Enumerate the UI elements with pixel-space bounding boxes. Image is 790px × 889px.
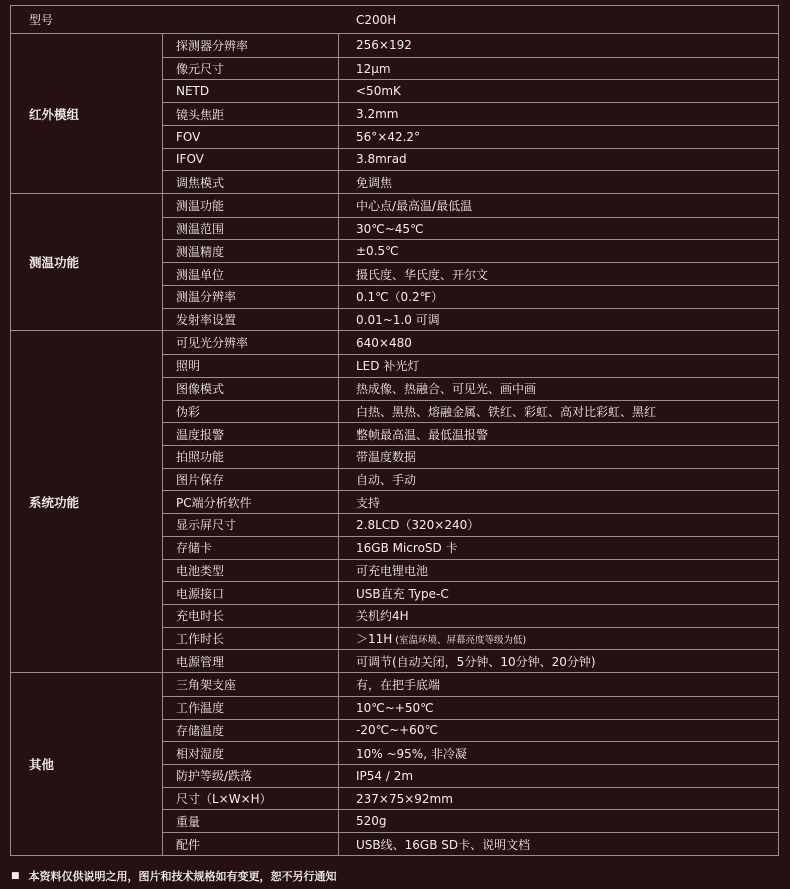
spec-value: 10℃~+50℃ bbox=[339, 697, 778, 719]
spec-value-text: -20℃~+60℃ bbox=[356, 723, 438, 737]
spec-value-text: USB线、16GB SD卡、说明文档 bbox=[356, 836, 530, 853]
spec-row: 可见光分辨率640×480 bbox=[163, 331, 778, 354]
spec-value-text: 2.8LCD（320×240） bbox=[356, 516, 479, 533]
spec-value-text: 整帧最高温、最低温报警 bbox=[356, 426, 488, 443]
spec-value-text: IP54 / 2m bbox=[356, 769, 413, 783]
spec-value: USB直充 Type-C bbox=[339, 582, 778, 604]
spec-value-text: 中心点/最高温/最低温 bbox=[356, 197, 472, 214]
spec-label: PC端分析软件 bbox=[163, 491, 339, 513]
section-name: 系统功能 bbox=[11, 331, 163, 672]
spec-value-text: 640×480 bbox=[356, 336, 412, 350]
spec-value-text: 有，在把手底端 bbox=[356, 676, 440, 693]
spec-row: 调焦模式免调焦 bbox=[163, 170, 778, 193]
spec-row: PC端分析软件支持 bbox=[163, 490, 778, 513]
spec-label: NETD bbox=[163, 80, 339, 102]
spec-label: 防护等级/跌落 bbox=[163, 765, 339, 787]
spec-row: 显示屏尺寸2.8LCD（320×240） bbox=[163, 513, 778, 536]
spec-label: 重量 bbox=[163, 810, 339, 832]
spec-label: 电源管理 bbox=[163, 650, 339, 672]
spec-label: 尺寸（L×W×H） bbox=[163, 788, 339, 810]
spec-row: 照明LED 补光灯 bbox=[163, 354, 778, 377]
spec-row: 探测器分辨率256×192 bbox=[163, 34, 778, 57]
spec-label: 调焦模式 bbox=[163, 171, 339, 193]
spec-value: 中心点/最高温/最低温 bbox=[339, 194, 778, 217]
section-name: 其他 bbox=[11, 673, 163, 855]
spec-value-text: 摄氏度、华氏度、开尔文 bbox=[356, 266, 488, 283]
spec-value: 整帧最高温、最低温报警 bbox=[339, 423, 778, 445]
square-bullet-icon: ■ bbox=[11, 872, 20, 881]
spec-row: 配件USB线、16GB SD卡、说明文档 bbox=[163, 832, 778, 855]
spec-label: 相对湿度 bbox=[163, 742, 339, 764]
spec-value-text: <50mK bbox=[356, 84, 401, 98]
spec-value: USB线、16GB SD卡、说明文档 bbox=[339, 833, 778, 855]
spec-label: 探测器分辨率 bbox=[163, 34, 339, 57]
spec-row: 电池类型可充电锂电池 bbox=[163, 559, 778, 582]
spec-label: 图片保存 bbox=[163, 469, 339, 491]
spec-value: -20℃~+60℃ bbox=[339, 720, 778, 742]
spec-row: 图片保存自动、手动 bbox=[163, 468, 778, 491]
spec-value: 16GB MicroSD 卡 bbox=[339, 537, 778, 559]
spec-value-text: 30℃~45℃ bbox=[356, 222, 424, 236]
model-value: C200H bbox=[339, 13, 778, 27]
footnote-text: 本资料仅供说明之用，图片和技术规格如有变更，恕不另行通知 bbox=[29, 868, 337, 884]
spec-row: 发射率设置0.01~1.0 可调 bbox=[163, 308, 778, 331]
spec-value: <50mK bbox=[339, 80, 778, 102]
spec-value: 0.1℃（0.2℉） bbox=[339, 286, 778, 308]
section-row: 系统功能可见光分辨率640×480照明LED 补光灯图像模式热成像、热融合、可见… bbox=[11, 330, 778, 672]
spec-row: 测温范围30℃~45℃ bbox=[163, 217, 778, 240]
spec-value: 256×192 bbox=[339, 34, 778, 57]
spec-value: IP54 / 2m bbox=[339, 765, 778, 787]
spec-value: 520g bbox=[339, 810, 778, 832]
spec-value: 免调焦 bbox=[339, 171, 778, 193]
spec-row: 测温功能中心点/最高温/最低温 bbox=[163, 194, 778, 217]
spec-value-text: ＞11H bbox=[356, 630, 392, 647]
spec-row: FOV56°×42.2° bbox=[163, 125, 778, 148]
spec-value: 关机约4H bbox=[339, 605, 778, 627]
spec-label: 存储温度 bbox=[163, 720, 339, 742]
spec-row: 充电时长关机约4H bbox=[163, 604, 778, 627]
spec-row: 伪彩白热、黑热、熔融金属、铁红、彩虹、高对比彩虹、黑红 bbox=[163, 400, 778, 423]
spec-value-text: 237×75×92mm bbox=[356, 792, 453, 806]
spec-label: FOV bbox=[163, 126, 339, 148]
spec-value: 自动、手动 bbox=[339, 469, 778, 491]
spec-value-text: 可充电锂电池 bbox=[356, 562, 428, 579]
spec-label: 伪彩 bbox=[163, 401, 339, 423]
section-row: 测温功能测温功能中心点/最高温/最低温测温范围30℃~45℃测温精度±0.5℃测… bbox=[11, 193, 778, 330]
spec-row: 相对湿度10% ~95%, 非冷凝 bbox=[163, 741, 778, 764]
spec-value: ±0.5℃ bbox=[339, 240, 778, 262]
spec-label: 图像模式 bbox=[163, 378, 339, 400]
spec-value: 摄氏度、华氏度、开尔文 bbox=[339, 263, 778, 285]
spec-label: 测温分辨率 bbox=[163, 286, 339, 308]
spec-label: 工作温度 bbox=[163, 697, 339, 719]
spec-row: 尺寸（L×W×H）237×75×92mm bbox=[163, 787, 778, 810]
spec-value-text: 56°×42.2° bbox=[356, 130, 420, 144]
spec-value-text: 3.2mm bbox=[356, 107, 398, 121]
spec-value-text: 0.01~1.0 可调 bbox=[356, 311, 440, 328]
spec-value: 3.8mrad bbox=[339, 149, 778, 171]
spec-row: 图像模式热成像、热融合、可见光、画中画 bbox=[163, 377, 778, 400]
spec-value: 可调节(自动关闭，5分钟、10分钟、20分钟) bbox=[339, 650, 778, 672]
spec-label: 电源接口 bbox=[163, 582, 339, 604]
spec-value-text: 10℃~+50℃ bbox=[356, 701, 434, 715]
spec-label: 发射率设置 bbox=[163, 309, 339, 331]
spec-label: 配件 bbox=[163, 833, 339, 855]
spec-row: 存储温度-20℃~+60℃ bbox=[163, 719, 778, 742]
spec-value-text: 热成像、热融合、可见光、画中画 bbox=[356, 380, 536, 397]
spec-row: NETD<50mK bbox=[163, 79, 778, 102]
spec-value: 3.2mm bbox=[339, 103, 778, 125]
section-name: 测温功能 bbox=[11, 194, 163, 330]
spec-value-text: 可调节(自动关闭，5分钟、10分钟、20分钟) bbox=[356, 653, 596, 670]
spec-value: 12μm bbox=[339, 58, 778, 80]
spec-label: 测温单位 bbox=[163, 263, 339, 285]
spec-label: IFOV bbox=[163, 149, 339, 171]
spec-sections: 红外模组探测器分辨率256×192像元尺寸12μmNETD<50mK镜头焦距3.… bbox=[11, 33, 778, 855]
spec-value: 56°×42.2° bbox=[339, 126, 778, 148]
spec-label: 像元尺寸 bbox=[163, 58, 339, 80]
model-header-row: 型号 C200H bbox=[11, 6, 778, 33]
spec-value-text: LED 补光灯 bbox=[356, 357, 419, 374]
spec-value-text: 16GB MicroSD 卡 bbox=[356, 539, 458, 556]
spec-value: ＞11H(室温环境、屏幕亮度等级为低) bbox=[339, 628, 778, 650]
section-row: 其他三角架支座有，在把手底端工作温度10℃~+50℃存储温度-20℃~+60℃相… bbox=[11, 672, 778, 855]
spec-value-text: 520g bbox=[356, 814, 387, 828]
spec-rows: 探测器分辨率256×192像元尺寸12μmNETD<50mK镜头焦距3.2mmF… bbox=[163, 34, 778, 193]
spec-row: 防护等级/跌落IP54 / 2m bbox=[163, 764, 778, 787]
spec-row: 温度报警整帧最高温、最低温报警 bbox=[163, 422, 778, 445]
spec-value: 30℃~45℃ bbox=[339, 218, 778, 240]
spec-table: 型号 C200H 红外模组探测器分辨率256×192像元尺寸12μmNETD<5… bbox=[10, 5, 779, 856]
spec-value: 热成像、热融合、可见光、画中画 bbox=[339, 378, 778, 400]
spec-value-text: 关机约4H bbox=[356, 607, 409, 624]
spec-value: 10% ~95%, 非冷凝 bbox=[339, 742, 778, 764]
footnote: ■ 本资料仅供说明之用，图片和技术规格如有变更，恕不另行通知 bbox=[11, 868, 337, 884]
spec-value: 支持 bbox=[339, 491, 778, 513]
spec-rows: 三角架支座有，在把手底端工作温度10℃~+50℃存储温度-20℃~+60℃相对湿… bbox=[163, 673, 778, 855]
spec-row: 测温分辨率0.1℃（0.2℉） bbox=[163, 285, 778, 308]
section-name: 红外模组 bbox=[11, 34, 163, 193]
spec-value: 带温度数据 bbox=[339, 446, 778, 468]
spec-value-text: 带温度数据 bbox=[356, 448, 416, 465]
spec-label: 工作时长 bbox=[163, 628, 339, 650]
spec-row: 电源管理可调节(自动关闭，5分钟、10分钟、20分钟) bbox=[163, 649, 778, 672]
spec-row: 拍照功能带温度数据 bbox=[163, 445, 778, 468]
spec-value: 2.8LCD（320×240） bbox=[339, 514, 778, 536]
spec-value-text: 免调焦 bbox=[356, 174, 392, 191]
spec-label: 三角架支座 bbox=[163, 673, 339, 696]
spec-label: 显示屏尺寸 bbox=[163, 514, 339, 536]
spec-label: 测温范围 bbox=[163, 218, 339, 240]
spec-label: 存储卡 bbox=[163, 537, 339, 559]
spec-row: 三角架支座有，在把手底端 bbox=[163, 673, 778, 696]
spec-value-text: 10% ~95%, 非冷凝 bbox=[356, 745, 467, 762]
spec-value-text: 3.8mrad bbox=[356, 152, 407, 166]
spec-label: 测温功能 bbox=[163, 194, 339, 217]
spec-value-text: 白热、黑热、熔融金属、铁红、彩虹、高对比彩虹、黑红 bbox=[356, 403, 656, 420]
spec-value-text: 0.1℃（0.2℉） bbox=[356, 288, 443, 305]
spec-label: 温度报警 bbox=[163, 423, 339, 445]
spec-row: 像元尺寸12μm bbox=[163, 57, 778, 80]
spec-row: 工作时长＞11H(室温环境、屏幕亮度等级为低) bbox=[163, 627, 778, 650]
spec-value-note: (室温环境、屏幕亮度等级为低) bbox=[395, 632, 526, 646]
spec-value-text: 12μm bbox=[356, 62, 391, 76]
spec-rows: 可见光分辨率640×480照明LED 补光灯图像模式热成像、热融合、可见光、画中… bbox=[163, 331, 778, 672]
spec-label: 可见光分辨率 bbox=[163, 331, 339, 354]
spec-row: 重量520g bbox=[163, 809, 778, 832]
spec-label: 镜头焦距 bbox=[163, 103, 339, 125]
spec-label: 电池类型 bbox=[163, 560, 339, 582]
spec-row: 测温单位摄氏度、华氏度、开尔文 bbox=[163, 262, 778, 285]
spec-value: 白热、黑热、熔融金属、铁红、彩虹、高对比彩虹、黑红 bbox=[339, 401, 778, 423]
spec-row: 测温精度±0.5℃ bbox=[163, 239, 778, 262]
spec-value: 237×75×92mm bbox=[339, 788, 778, 810]
section-row: 红外模组探测器分辨率256×192像元尺寸12μmNETD<50mK镜头焦距3.… bbox=[11, 33, 778, 193]
spec-label: 充电时长 bbox=[163, 605, 339, 627]
model-label: 型号 bbox=[11, 11, 339, 28]
spec-row: 工作温度10℃~+50℃ bbox=[163, 696, 778, 719]
spec-value: 0.01~1.0 可调 bbox=[339, 309, 778, 331]
spec-value-text: 自动、手动 bbox=[356, 471, 416, 488]
spec-value: 640×480 bbox=[339, 331, 778, 354]
spec-value-text: ±0.5℃ bbox=[356, 244, 399, 258]
spec-value-text: 256×192 bbox=[356, 38, 412, 52]
spec-row: 电源接口USB直充 Type-C bbox=[163, 581, 778, 604]
spec-value: 可充电锂电池 bbox=[339, 560, 778, 582]
spec-value-text: 支持 bbox=[356, 494, 380, 511]
spec-label: 拍照功能 bbox=[163, 446, 339, 468]
spec-label: 照明 bbox=[163, 355, 339, 377]
spec-rows: 测温功能中心点/最高温/最低温测温范围30℃~45℃测温精度±0.5℃测温单位摄… bbox=[163, 194, 778, 330]
spec-value: 有，在把手底端 bbox=[339, 673, 778, 696]
spec-value-text: USB直充 Type-C bbox=[356, 585, 449, 602]
spec-row: IFOV3.8mrad bbox=[163, 148, 778, 171]
spec-row: 镜头焦距3.2mm bbox=[163, 102, 778, 125]
spec-value: LED 补光灯 bbox=[339, 355, 778, 377]
spec-row: 存储卡16GB MicroSD 卡 bbox=[163, 536, 778, 559]
spec-label: 测温精度 bbox=[163, 240, 339, 262]
